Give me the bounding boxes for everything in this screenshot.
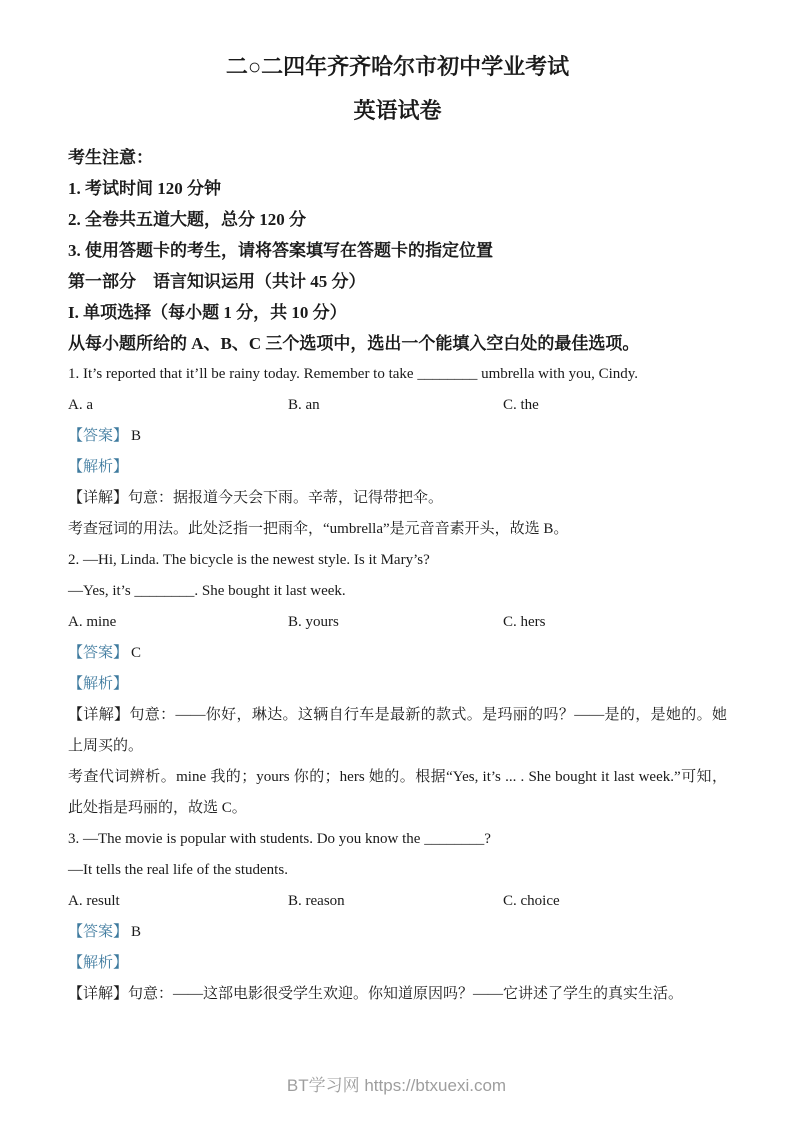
section-title: I. 单项选择（每小题 1 分，共 10 分） [68,297,727,328]
question-3-answer-line: 【答案】B [68,917,727,948]
question-2-stem-2: —Yes, it’s ________. She bought it last … [68,576,727,607]
question-2-detail-1: 【详解】句意：——你好，琳达。这辆自行车是最新的款式。是玛丽的吗？——是的，是她… [68,700,727,762]
question-3-option-b: B. reason [288,886,503,917]
notice-heading: 考生注意： [68,142,727,173]
question-1-stem: 1. It’s reported that it’ll be rainy tod… [68,359,727,390]
question-block-1: 1. It’s reported that it’ll be rainy tod… [68,359,727,545]
question-2-option-a: A. mine [68,607,288,638]
question-1-answer-value: B [131,428,141,444]
question-1-option-b: B. an [288,390,503,421]
exam-document-page: 二○二四年齐齐哈尔市初中学业考试 英语试卷 考生注意： 1. 考试时间 120 … [0,0,793,1122]
section-instructions: 从每小题所给的 A、B、C 三个选项中，选出一个能填入空白处的最佳选项。 [68,328,727,359]
question-2-options-row: A. mine B. yours C. hers [68,607,727,638]
question-3-detail-1: 【详解】句意：——这部电影很受学生欢迎。你知道原因吗？——它讲述了学生的真实生活… [68,979,727,1010]
question-1-option-a: A. a [68,390,288,421]
question-2-option-c: C. hers [503,607,727,638]
question-1-analysis-line: 【解析】 [68,452,727,483]
question-block-2: 2. —Hi, Linda. The bicycle is the newest… [68,545,727,824]
notice-item-2: 2. 全卷共五道大题，总分 120 分 [68,204,727,235]
question-1-detail-1: 【详解】句意：据报道今天会下雨。辛蒂，记得带把伞。 [68,483,727,514]
question-3-stem-2: —It tells the real life of the students. [68,855,727,886]
notice-item-3: 3. 使用答题卡的考生，请将答案填写在答题卡的指定位置 [68,235,727,266]
question-2-stem-1: 2. —Hi, Linda. The bicycle is the newest… [68,545,727,576]
analysis-label: 【解析】 [68,955,128,971]
analysis-label: 【解析】 [68,459,128,475]
analysis-label: 【解析】 [68,676,128,692]
question-2-analysis-line: 【解析】 [68,669,727,700]
question-3-analysis-line: 【解析】 [68,948,727,979]
exam-subtitle: 英语试卷 [68,96,727,126]
question-block-3: 3. —The movie is popular with students. … [68,824,727,1010]
question-3-options-row: A. result B. reason C. choice [68,886,727,917]
question-1-detail-2: 考查冠词的用法。此处泛指一把雨伞，“umbrella”是元音音素开头，故选 B。 [68,514,727,545]
answer-label: 【答案】 [68,428,128,444]
question-2-answer-value: C [131,645,141,661]
exam-title: 二○二四年齐齐哈尔市初中学业考试 [68,52,727,82]
document-content: 二○二四年齐齐哈尔市初中学业考试 英语试卷 考生注意： 1. 考试时间 120 … [0,0,793,1010]
question-2-answer-line: 【答案】C [68,638,727,669]
question-2-option-b: B. yours [288,607,503,638]
question-1-answer-line: 【答案】B [68,421,727,452]
question-3-answer-value: B [131,924,141,940]
answer-label: 【答案】 [68,645,128,661]
question-2-detail-2: 考查代词辨析。mine 我的；yours 你的；hers 她的。根据“Yes, … [68,762,727,824]
site-watermark: BT学习网 https://btxuexi.com [0,1071,793,1096]
answer-label: 【答案】 [68,924,128,940]
question-3-option-c: C. choice [503,886,727,917]
question-1-options-row: A. a B. an C. the [68,390,727,421]
part-heading: 第一部分 语言知识运用（共计 45 分） [68,266,727,297]
question-3-option-a: A. result [68,886,288,917]
document-body: 考生注意： 1. 考试时间 120 分钟 2. 全卷共五道大题，总分 120 分… [68,142,727,1010]
question-1-option-c: C. the [503,390,727,421]
question-3-stem-1: 3. —The movie is popular with students. … [68,824,727,855]
notice-item-1: 1. 考试时间 120 分钟 [68,173,727,204]
